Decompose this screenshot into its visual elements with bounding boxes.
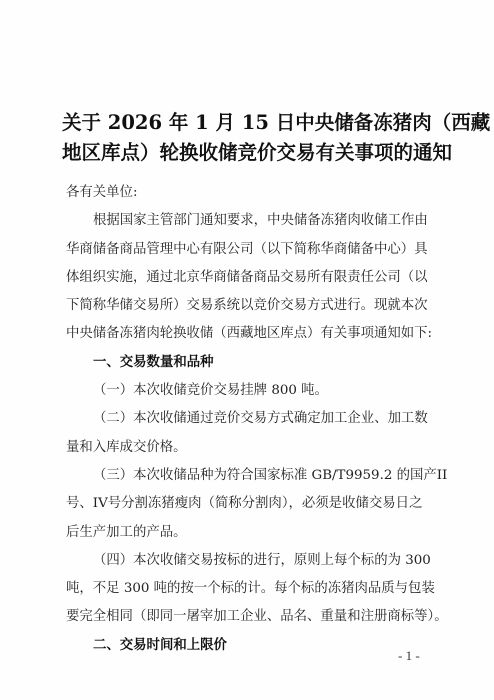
salutation: 各有关单位: [66,179,428,207]
intro-line-4: 下简称华储交易所）交易系统以竞价交易方式进行。现就本次 [66,292,428,320]
section-1-item-3-line-1: （三）本次收储品种为符合国家标准 GB/T9959.2 的国产II [66,462,428,490]
section-2-heading: 二、交易时间和上限价 [66,632,428,660]
document-body: 各有关单位: 根据国家主管部门通知要求，中央储备冻猪肉收储工作由 华商储备商品管… [66,179,428,660]
section-1-heading: 一、交易数量和品种 [66,349,428,377]
section-1-item-2-line-1: （二）本次收储通过竞价交易方式确定加工企业、加工数 [66,405,428,433]
document-page: 关于 2026 年 1 月 15 日中央储备冻猪肉（西藏 地区库点）轮换收储竞价… [0,0,494,700]
page-number: - 1 - [398,648,420,664]
intro-line-3: 体组织实施，通过北京华商储备商品交易所有限责任公司（以 [66,264,428,292]
section-1-item-4-line-2: 吨，不足 300 吨的按一个标的计。每个标的冻猪肉品质与包装 [66,575,428,603]
section-1-item-3-line-2: 号、IV号分割冻猪瘦肉（简称分割肉），必须是收储交易日之 [66,490,428,518]
section-1-item-4-line-1: （四）本次收储交易按标的进行，原则上每个标的为 300 [66,547,428,575]
document-title: 关于 2026 年 1 月 15 日中央储备冻猪肉（西藏 地区库点）轮换收储竞价… [62,108,434,168]
title-line-1: 关于 2026 年 1 月 15 日中央储备冻猪肉（西藏 [62,108,434,138]
section-1-item-2-line-2: 量和入库成交价格。 [66,434,428,462]
intro-line-5: 中央储备冻猪肉轮换收储（西藏地区库点）有关事项通知如下: [66,320,428,348]
intro-line-2: 华商储备商品管理中心有限公司（以下简称华商储备中心）具 [66,236,428,264]
title-line-2: 地区库点）轮换收储竞价交易有关事项的通知 [62,138,434,168]
section-1-item-1: （一）本次收储竞价交易挂牌 800 吨。 [66,377,428,405]
section-1-item-4-line-3: 要完全相同（即同一屠宰加工企业、品名、重量和注册商标等）。 [66,603,428,631]
intro-line-1: 根据国家主管部门通知要求，中央储备冻猪肉收储工作由 [66,207,428,235]
section-1-item-3-line-3: 后生产加工的产品。 [66,519,428,547]
